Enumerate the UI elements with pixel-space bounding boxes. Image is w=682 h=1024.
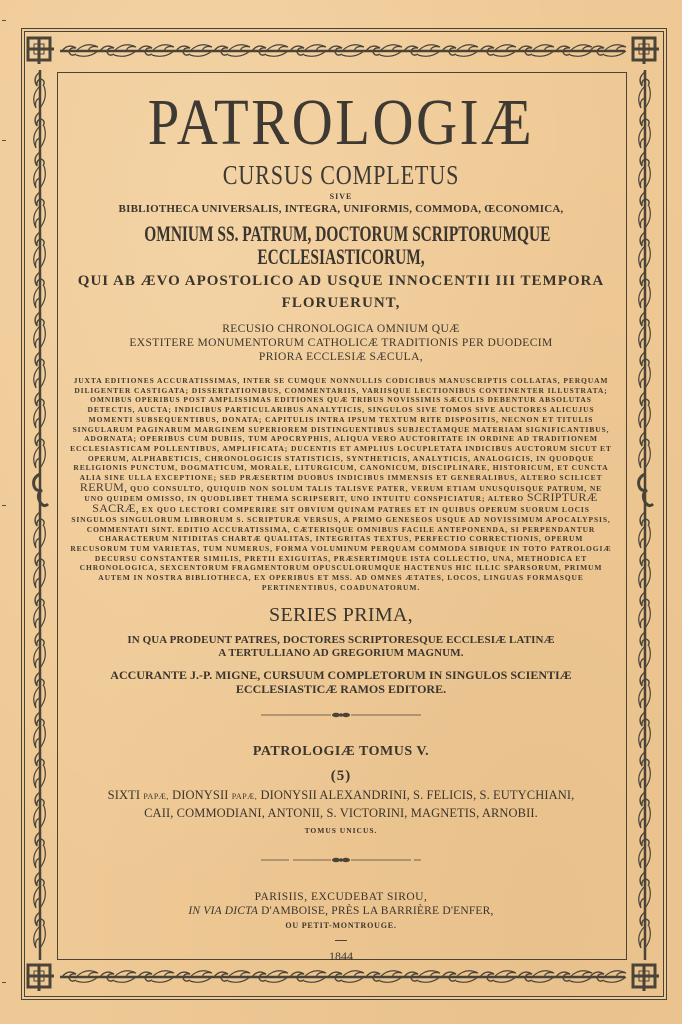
in-qua-line-2: A TERTULLIANO AD GREGORIUM MAGNUM. [60, 647, 622, 660]
accurante-line-1: ACCURANTE J.-P. MIGNE, CURSUUM COMPLETOR… [60, 668, 622, 682]
sive-label: SIVE [60, 192, 622, 202]
imprint-via-rest: D'AMBOISE, PRÈS LA BARRIÈRE D'ENFER, [261, 905, 493, 917]
imprint-via: IN VIA DICTA D'AMBOISE, PRÈS LA BARRIÈRE… [60, 904, 622, 919]
qui-line-1: QUI AB ÆVO APOSTOLICO AD USQUE INNOCENTI… [60, 270, 622, 292]
main-title: PATROLOGIÆ [99, 86, 582, 160]
recusio-line-3: PRIORA ECCLESIÆ SÆCULA, [60, 350, 622, 364]
accurante-line-2: ECCLESIASTICÆ RAMOS EDITORE. [60, 682, 622, 696]
fine-print-paragraph: JUXTA EDITIONES ACCURATISSIMAS, INTER SE… [60, 376, 622, 592]
ornamental-separator-icon [261, 855, 421, 865]
author-dionysii: DIONYSII [172, 788, 228, 802]
fine-print-part-1: JUXTA EDITIONES ACCURATISSIMAS, INTER SE… [70, 376, 612, 482]
authors-rest: DIONYSII ALEXANDRINI, S. FELICIS, S. EUT… [261, 788, 575, 802]
rerum-word: RERUM, [80, 480, 127, 494]
tomus-number: (5) [60, 765, 622, 787]
series-heading: SERIES PRIMA, [60, 602, 622, 628]
in-qua-line-1: IN QUA PRODEUNT PATRES, DOCTORES SCRIPTO… [60, 634, 622, 647]
recusio-line-1: RECUSIO CHRONOLOGICA OMNIUM QUÆ [60, 322, 622, 336]
imprint-via-italic: IN VIA DICTA [188, 905, 258, 917]
author-sixti: SIXTI [108, 788, 140, 802]
papae-label: PAPÆ, [232, 792, 258, 801]
fine-print-part-3: EX QUO LECTORI COMPERIRE SIT OBVIUM QUIN… [70, 505, 611, 592]
fine-print-part-2: QUO CONSULTO, QUIQUID NON SOLUM TALIS TA… [84, 484, 602, 504]
ornamental-separator-icon [261, 710, 421, 720]
bibliotheca-line: BIBLIOTHECA UNIVERSALIS, INTEGRA, UNIFOR… [60, 202, 622, 216]
tomus-unicus: TOMUS UNICUS. [60, 825, 622, 837]
omnium-line-1: OMNIUM SS. PATRUM, DOCTORUM SCRIPTORUMQU… [144, 222, 537, 245]
omnium-line-2: ECCLESIASTICORUM, [144, 245, 537, 268]
subtitle: CURSUS COMPLETUS [111, 160, 572, 190]
imprint-petit-montrouge: OU PETIT-MONTROUGE. [60, 919, 622, 932]
title-page: PATROLOGIÆ CURSUS COMPLETUS SIVE BIBLIOT… [60, 82, 622, 963]
papae-label: PAPÆ, [143, 792, 169, 801]
authors-line-2: CAII, COMMODIANI, ANTONII, S. VICTORINI,… [60, 805, 622, 821]
recusio-line-2: EXSTITERE MONUMENTORUM CATHOLICÆ TRADITI… [60, 336, 622, 350]
authors-line-1: SIXTI PAPÆ, DIONYSII PAPÆ, DIONYSII ALEX… [60, 787, 622, 805]
publication-year: 1844 [60, 949, 622, 963]
short-rule [335, 940, 347, 941]
qui-line-2: FLORUERUNT, [60, 292, 622, 314]
tomus-heading: PATROLOGIÆ TOMUS V. [60, 743, 622, 761]
imprint-parisiis: PARISIIS, EXCUDEBAT SIROU, [60, 890, 622, 904]
